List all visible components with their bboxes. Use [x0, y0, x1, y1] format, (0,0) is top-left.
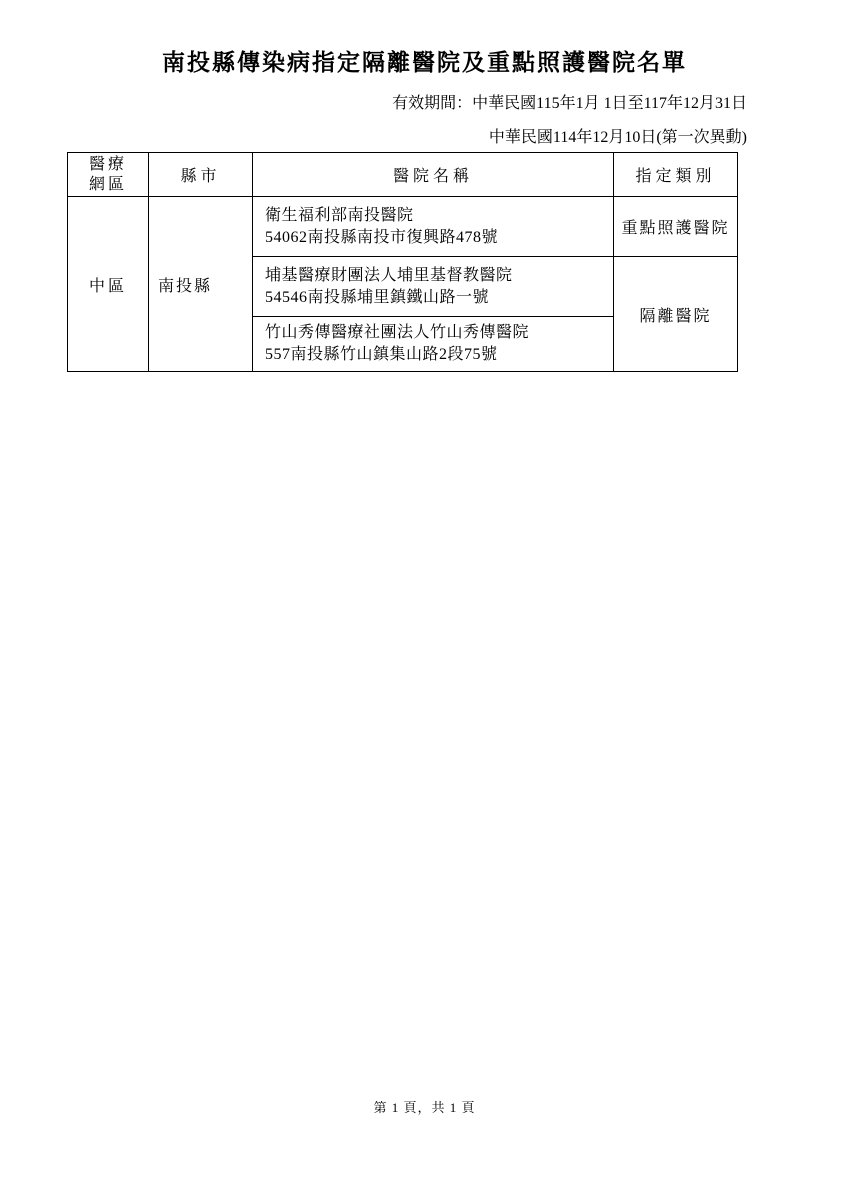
category-cell: 重點照護醫院	[614, 197, 738, 257]
county-cell: 南投縣	[149, 197, 253, 372]
hospital-address: 557南投縣竹山鎮集山路2段75號	[265, 344, 607, 366]
hospital-address: 54062南投縣南投市復興路478號	[265, 227, 607, 249]
page-title: 南投縣傳染病指定隔離醫院及重點照護醫院名單	[0, 48, 849, 78]
hospital-name: 衛生福利部南投醫院	[265, 205, 607, 227]
header-designated-category: 指定類別	[614, 153, 738, 197]
hospital-cell: 竹山秀傳醫療社團法人竹山秀傳醫院 557南投縣竹山鎮集山路2段75號	[253, 317, 614, 372]
table-header-row: 醫療 網區 縣市 醫院名稱 指定類別	[68, 153, 738, 197]
document-page: 南投縣傳染病指定隔離醫院及重點照護醫院名單 有效期間：中華民國115年1月 1日…	[0, 0, 849, 1200]
header-county: 縣市	[149, 153, 253, 197]
hospital-table: 醫療 網區 縣市 醫院名稱 指定類別 中區 南投縣 衛生福利部南投醫院 5406…	[67, 152, 738, 372]
header-hospital-name: 醫院名稱	[253, 153, 614, 197]
table-row: 中區 南投縣 衛生福利部南投醫院 54062南投縣南投市復興路478號 重點照護…	[68, 197, 738, 257]
subtitle-block: 有效期間：中華民國115年1月 1日至117年12月31日 中華民國114年12…	[392, 93, 747, 149]
hospital-cell: 衛生福利部南投醫院 54062南投縣南投市復興路478號	[253, 197, 614, 257]
revision-date-line: 中華民國114年12月10日(第一次異動)	[392, 127, 747, 149]
region-cell: 中區	[68, 197, 149, 372]
page-number-footer: 第 1 頁，共 1 頁	[0, 1097, 849, 1116]
hospital-name: 埔基醫療財團法人埔里基督教醫院	[265, 265, 607, 287]
category-cell: 隔離醫院	[614, 257, 738, 372]
hospital-cell: 埔基醫療財團法人埔里基督教醫院 54546南投縣埔里鎮鐵山路一號	[253, 257, 614, 317]
hospital-address: 54546南投縣埔里鎮鐵山路一號	[265, 287, 607, 309]
hospital-name: 竹山秀傳醫療社團法人竹山秀傳醫院	[265, 322, 607, 344]
header-medical-region: 醫療 網區	[68, 153, 149, 197]
validity-period-line: 有效期間：中華民國115年1月 1日至117年12月31日	[392, 93, 747, 115]
